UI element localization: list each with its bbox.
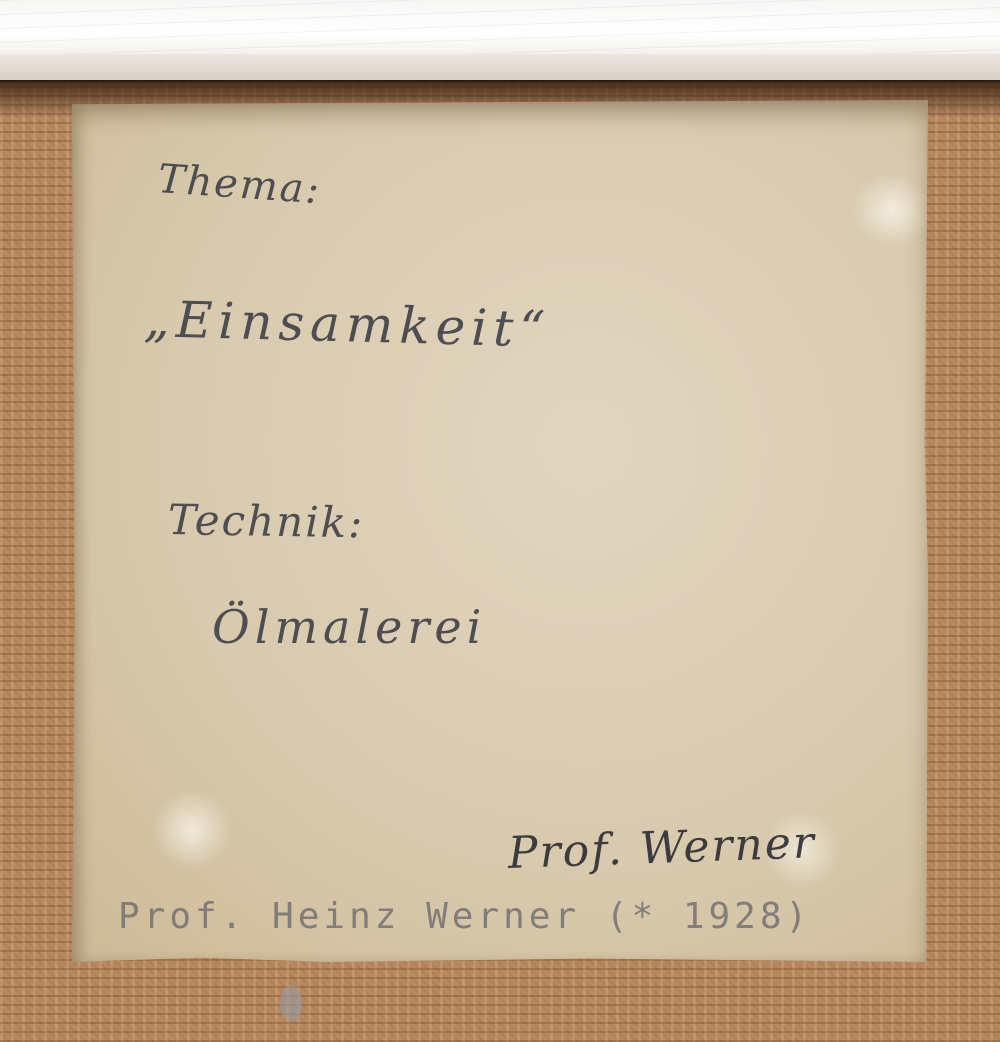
artwork-title: „Einsamkeit“ [143, 290, 551, 359]
technique-value: Ölmalerei [212, 600, 486, 654]
paper-label: Thema: „Einsamkeit“ Technik: Ölmalerei P… [72, 100, 928, 962]
picture-frame-top [0, 0, 1000, 56]
picture-frame-edge [0, 54, 1000, 82]
technique-heading: Technik: [168, 495, 365, 547]
artist-signature: Prof. Werner [507, 817, 817, 879]
artist-attribution: Prof. Heinz Werner (* 1928) [118, 896, 811, 937]
stain-mark [280, 985, 302, 1021]
theme-heading: Thema: [156, 156, 322, 213]
